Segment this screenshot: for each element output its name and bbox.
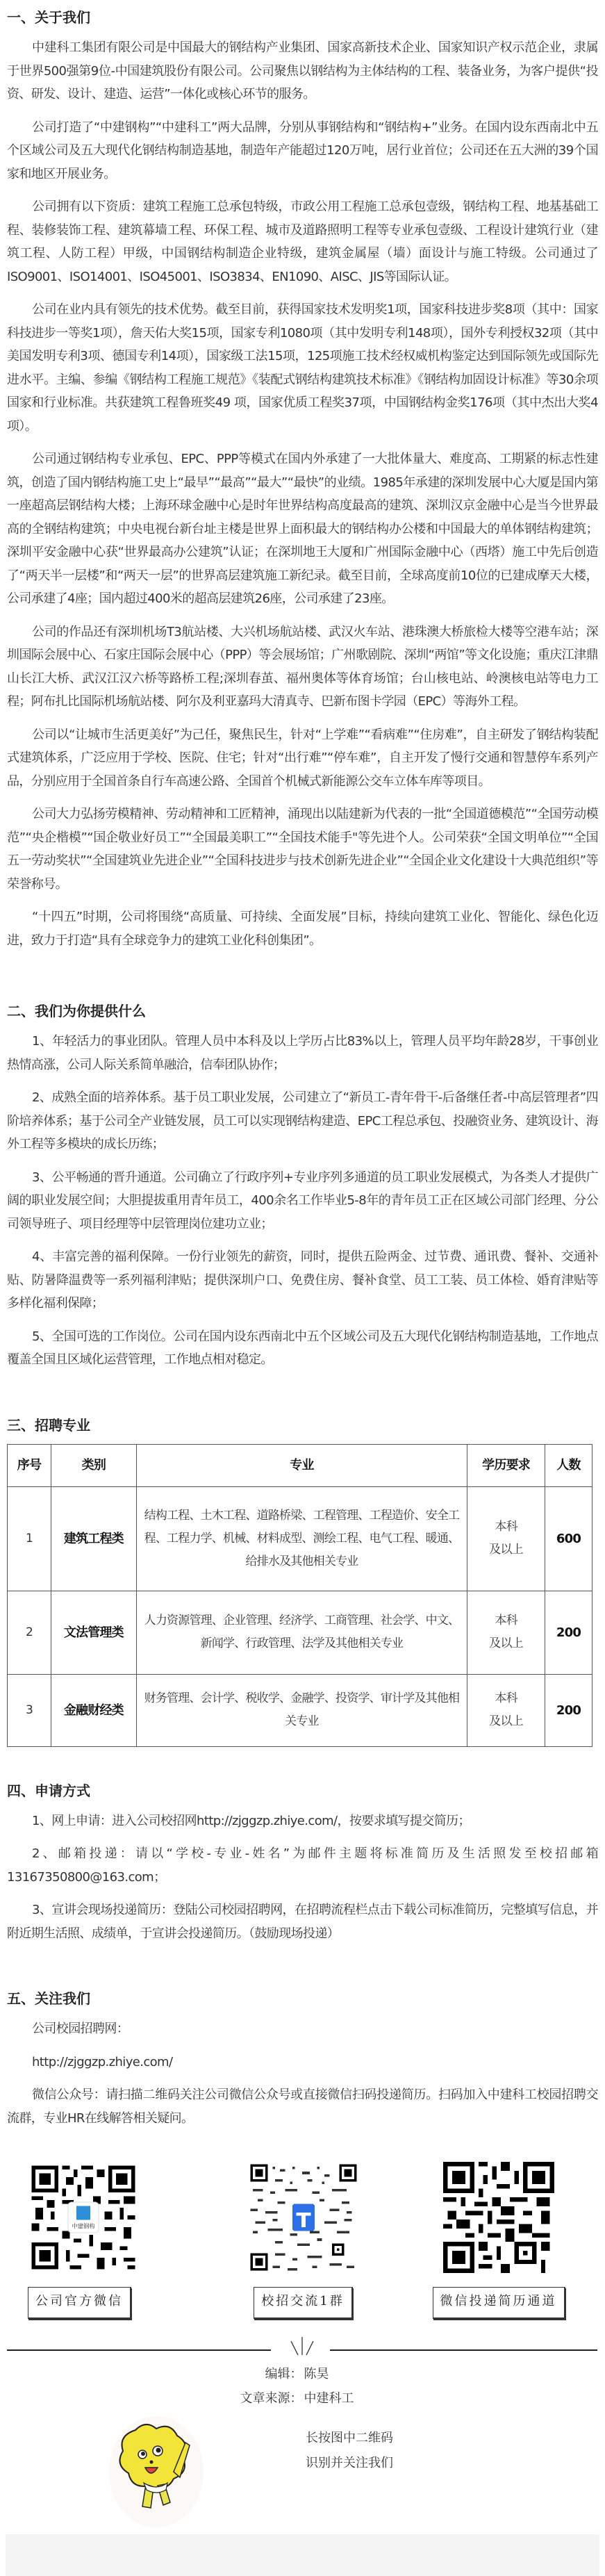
editor-label: 编辑： (199, 2362, 303, 2386)
cell-category: 金融财经类 (51, 1674, 136, 1746)
header-category: 类别 (51, 1444, 136, 1486)
paragraph: 4、丰富完善的福利保障。一份行业领先的薪资，同时，提供五险两金、过节费、通讯费、… (7, 1245, 598, 1315)
site-url-link[interactable]: http://zjggzp.zhiye.com/ (7, 2051, 598, 2074)
paragraph: 公司大力弘扬劳模精神、劳动精神和工匠精神，涌现出以陆建新为代表的一批“全国道德模… (7, 803, 598, 896)
cell-education: 本科 及以上 (467, 1591, 545, 1674)
article-body: 一、关于我们 中建科工集团有限公司是中国最大的钢结构产业集团、国家高新技术企业、… (0, 0, 605, 2130)
apply-email: 2、邮箱投递：请以“学校-专业-姓名”为邮件主题将标准简历及生活照发至校招邮箱1… (7, 1842, 598, 1889)
apply-onsite: 3、宣讲会现场投递简历：登陆公司校园招聘网，在招聘流程栏点击下载公司标准简历，完… (7, 1898, 598, 1945)
table-row: 3 金融财经类 财务管理、会计学、税收学、金融学、投资学、审计学及其他相关专业 … (8, 1674, 592, 1746)
section-title-offer: 二、我们为你提供什么 (7, 1001, 598, 1022)
qr-caption: 校招交流1群 (254, 2287, 352, 2319)
table-row: 2 文法管理类 人力资源管理、企业管理、经济学、工商管理、社会学、中文、新闻学、… (8, 1591, 592, 1674)
svg-text:中建钢构: 中建钢构 (72, 2222, 94, 2229)
edu-line: 及以上 (472, 1710, 540, 1733)
cell-seq: 2 (8, 1591, 51, 1674)
cell-majors: 人力资源管理、企业管理、经济学、工商管理、社会学、中文、新闻学、行政管理、法学及… (136, 1591, 467, 1674)
edu-line: 本科 (472, 1687, 540, 1710)
qr-code-icon[interactable]: 中建钢构 (28, 2162, 139, 2273)
credits: 编辑： 陈昊 文章来源： 中建科工 (0, 2362, 605, 2411)
paragraph: 1、年轻活力的事业团队。管理人员中本科及以上学历占比83%以上，管理人员平均年龄… (7, 1030, 598, 1076)
qr-code-row: 中建钢构 公司官方微信 (0, 2162, 605, 2319)
paragraph: 公司打造了“中建钢构”“中建科工”两大品牌，分别从事钢结构和“钢结构+”业务。在… (7, 116, 598, 186)
cell-education: 本科 及以上 (467, 1674, 545, 1746)
header-major: 专业 (136, 1444, 467, 1486)
paragraph: 5、全国可选的工作岗位。公司在国内设东西南北中五个区域公司及五大现代化钢结构制造… (7, 1325, 598, 1372)
mascot-icon (108, 2416, 205, 2527)
qr-code-icon[interactable] (248, 2162, 359, 2273)
cell-seq: 3 (8, 1674, 51, 1746)
divider-line (7, 2349, 271, 2351)
cell-seq: 1 (8, 1486, 51, 1591)
edu-line: 及以上 (472, 1632, 540, 1655)
qr-caption: 微信投递简历通道 (433, 2287, 565, 2319)
paragraph: 公司以“让城市生活更美好”为己任，聚焦民生，针对“上学难”“看病难”“住房难”，… (7, 723, 598, 794)
spacer (7, 1747, 598, 1775)
cell-majors: 财务管理、会计学、税收学、金融学、投资学、审计学及其他相关专业 (136, 1674, 467, 1746)
paragraph: 中建科工集团有限公司是中国最大的钢结构产业集团、国家高新技术企业、国家知识产权示… (7, 36, 598, 106)
section-title-about: 一、关于我们 (7, 7, 598, 28)
paragraph: 公司通过钢结构专业承包、EPC、PPP等模式在国内外承建了一大批体量大、难度高、… (7, 448, 598, 611)
cell-count: 200 (545, 1591, 592, 1674)
source-row: 文章来源： 中建科工 (0, 2386, 605, 2411)
promo-text: 长按图中二维码 识别并关注我们 (306, 2426, 393, 2476)
promo-line: 识别并关注我们 (306, 2451, 393, 2476)
source-name: 中建科工 (303, 2386, 407, 2411)
bottom-bar (6, 2534, 599, 2576)
source-label: 文章来源： (199, 2386, 303, 2411)
header-education: 学历要求 (467, 1444, 545, 1486)
header-count: 人数 (545, 1444, 592, 1486)
spacer (7, 962, 598, 995)
edu-line: 本科 (472, 1516, 540, 1539)
table-row: 1 建筑工程类 结构工程、土木工程、道路桥梁、工程管理、工程造价、安全工程、工程… (8, 1486, 592, 1591)
cell-count: 600 (545, 1486, 592, 1591)
table-header-row: 序号 类别 专业 学历要求 人数 (8, 1444, 592, 1486)
cell-category: 文法管理类 (51, 1591, 136, 1674)
paragraph: 公司在业内具有领先的技术优势。截至目前，获得国家技术发明奖1项，国家科技进步奖8… (7, 298, 598, 438)
edu-line: 及以上 (472, 1539, 540, 1561)
spacer (7, 1955, 598, 1983)
paragraph: “十四五”时期，公司将围绕“高质量、可持续、全面发展”目标，持续向建筑工业化、智… (7, 905, 598, 952)
divider-ornament-icon (281, 2334, 323, 2362)
section-title-follow: 五、关注我们 (7, 1988, 598, 2009)
editor-row: 编辑： 陈昊 (0, 2362, 605, 2386)
paragraph: 公司拥有以下资质：建筑工程施工总承包特级，市政公用工程施工总承包壹级，钢结构工程… (7, 195, 598, 288)
cell-majors: 结构工程、土木工程、道路桥梁、工程管理、工程造价、安全工程、工程力学、机械、材料… (136, 1486, 467, 1591)
section-title-apply: 四、申请方式 (7, 1780, 598, 1801)
cell-education: 本科 及以上 (467, 1486, 545, 1591)
site-label: 公司校园招聘网： (7, 2017, 598, 2041)
qr-caption: 公司官方微信 (28, 2287, 131, 2319)
promo-line: 长按图中二维码 (306, 2426, 393, 2451)
qr-code-icon[interactable] (443, 2162, 554, 2273)
divider-line (330, 2349, 597, 2351)
section-divider (0, 2331, 605, 2362)
apply-online: 1、网上申请：进入公司校招网http://zjggzp.zhiye.com/，按… (7, 1810, 598, 1833)
edu-line: 本科 (472, 1609, 540, 1632)
footer-promo: 长按图中二维码 识别并关注我们 (0, 2411, 605, 2570)
qr-resume-channel[interactable]: 微信投递简历通道 (419, 2162, 579, 2319)
recruitment-table: 序号 类别 专业 学历要求 人数 1 建筑工程类 结构工程、土木工程、道路桥梁、… (7, 1444, 592, 1747)
cell-count: 200 (545, 1674, 592, 1746)
qr-recruit-group[interactable]: 校招交流1群 (224, 2162, 383, 2319)
paragraph: 2、成熟全面的培养体系。基于员工职业发展，公司建立了“新员工-青年骨干-后备继任… (7, 1086, 598, 1156)
qr-official-wechat[interactable]: 中建钢构 公司官方微信 (28, 2162, 188, 2319)
header-seq: 序号 (8, 1444, 51, 1486)
cell-category: 建筑工程类 (51, 1486, 136, 1591)
wechat-instructions: 微信公众号：请扫描二维码关注公司微信公众号或直接微信扫码投递简历。扫码加入中建科… (7, 2083, 598, 2130)
section-title-majors: 三、招聘专业 (7, 1415, 598, 1436)
paragraph: 3、公平畅通的晋升通道。公司确立了行政序列+专业序列多通道的员工职业发展模式，为… (7, 1166, 598, 1236)
spacer (7, 1381, 598, 1409)
paragraph: 公司的作品还有深圳机场T3航站楼、大兴机场航站楼、武汉火车站、港珠澳大桥旅检大楼… (7, 621, 598, 714)
editor-name: 陈昊 (303, 2362, 407, 2386)
